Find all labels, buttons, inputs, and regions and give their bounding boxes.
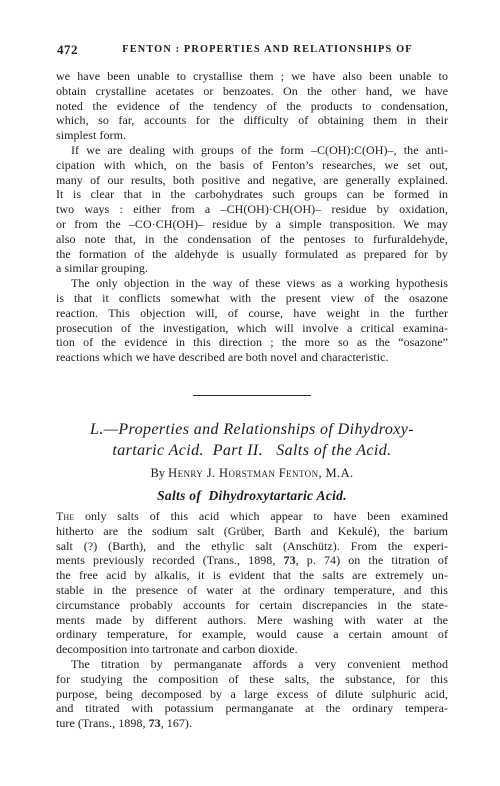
text-segment: circumstance probably accounts for certa…	[56, 598, 448, 612]
text-segment: The titration by permanganate affords a …	[71, 657, 448, 671]
paragraph: we have been unable to crystallise them …	[56, 69, 448, 143]
text-segment: many of our results, both positive and n…	[56, 173, 448, 187]
text-segment: The only objection in the way of these v…	[71, 276, 448, 290]
paragraph: If we are dealing with groups of the for…	[56, 143, 448, 276]
byline: By Henry J. Horstman Fenton, M.A.	[56, 466, 448, 481]
article-title-line-1: L.—Properties and Relationships of Dihyd…	[56, 419, 448, 440]
section-heading: Salts of Dihydroxytartaric Acid.	[56, 488, 448, 504]
text-segment: noted the evidence of the tendency of th…	[56, 99, 448, 113]
text-line: or from the –CO·CH(OH)– residue by a sim…	[56, 217, 448, 232]
text-segment: It is clear that in the carbohydrates su…	[56, 187, 448, 201]
text-line: ordinary temperature, for example, would…	[56, 627, 448, 642]
paragraph: The only salts of this acid which appear…	[56, 509, 448, 657]
text-line: and titrated with potassium permanganate…	[56, 701, 448, 716]
text-line: cipation with which, on the basis of Fen…	[56, 158, 448, 173]
text-line: noted the evidence of the tendency of th…	[56, 99, 448, 114]
text-column: we have been unable to crystallise them …	[56, 69, 448, 731]
text-segment: hitherto are the sodium salt (Grüber, Ba…	[56, 524, 448, 538]
intro-paragraphs: we have been unable to crystallise them …	[56, 69, 448, 365]
text-segment: the free acid by alkalis, it is evident …	[56, 568, 448, 582]
text-segment: The	[56, 509, 74, 523]
text-segment: tion of the evidence in this direction ;…	[56, 335, 448, 349]
byline-prefix: By	[150, 466, 168, 480]
text-line: reactions which we have described are bo…	[56, 350, 448, 365]
text-line: we have been unable to crystallise them …	[56, 69, 448, 84]
text-segment: we have been unable to crystallise them …	[56, 69, 448, 83]
page-number: 472	[57, 42, 78, 58]
text-line: salt (?) (Barth), and the ethylic salt (…	[56, 539, 448, 554]
text-segment: decomposition into tartronate and carbon…	[56, 642, 298, 656]
article-paragraphs: The only salts of this acid which appear…	[56, 509, 448, 731]
text-segment: If we are dealing with groups of the for…	[71, 143, 448, 157]
text-line: simplest form.	[56, 128, 448, 143]
text-line: It is clear that in the carbohydrates su…	[56, 187, 448, 202]
running-header: 472 FENTON : PROPERTIES AND RELATIONSHIP…	[57, 42, 448, 58]
running-title: FENTON : PROPERTIES AND RELATIONSHIPS OF	[87, 44, 448, 55]
text-line: the free acid by alkalis, it is evident …	[56, 568, 448, 583]
text-line: which, so far, accounts for the difficul…	[56, 113, 448, 128]
text-segment: simplest form.	[56, 128, 126, 142]
text-line: The only objection in the way of these v…	[56, 276, 448, 291]
text-segment: , 167).	[161, 716, 192, 730]
author-name: Henry J. Horstman Fenton, M.A.	[168, 466, 353, 480]
text-line: reaction. This objection will, of course…	[56, 306, 448, 321]
text-line: ments made by different authors. Mere wa…	[56, 613, 448, 628]
text-segment: ture (Trans., 1898,	[56, 716, 149, 730]
text-line: the formation of the aldehyde is usually…	[56, 247, 448, 262]
text-line: is that it conflicts somewhat with the p…	[56, 291, 448, 306]
document-page: 472 FENTON : PROPERTIES AND RELATIONSHIP…	[0, 0, 500, 786]
text-segment: is that it conflicts somewhat with the p…	[56, 291, 448, 305]
text-line: two ways : either from a –CH(OH)·CH(OH)–…	[56, 202, 448, 217]
text-segment: 73	[284, 553, 296, 567]
text-line: for studying the composition of these sa…	[56, 672, 448, 687]
text-segment: for studying the composition of these sa…	[56, 672, 448, 686]
text-line: ments previously recorded (Trans., 1898,…	[56, 553, 448, 568]
section-divider-rule	[193, 395, 311, 396]
paragraph: The only objection in the way of these v…	[56, 276, 448, 365]
text-segment: or from the –CO·CH(OH)– residue by a sim…	[56, 217, 448, 231]
text-line: ture (Trans., 1898, 73, 167).	[56, 716, 448, 731]
text-line: decomposition into tartronate and carbon…	[56, 642, 448, 657]
text-line: The titration by permanganate affords a …	[56, 657, 448, 672]
text-line: tion of the evidence in this direction ;…	[56, 335, 448, 350]
text-segment: cipation with which, on the basis of Fen…	[56, 158, 448, 172]
text-line: also note that, in the condensation of t…	[56, 232, 448, 247]
text-segment: only salts of this acid which appear to …	[74, 509, 448, 523]
text-segment: the formation of the aldehyde is usually…	[56, 247, 448, 261]
text-segment: also note that, in the condensation of t…	[56, 232, 448, 246]
text-segment: stable in the presence of water at the o…	[56, 583, 448, 597]
text-segment: obtain crystalline acetates or benzoates…	[56, 84, 448, 98]
text-segment: 73	[149, 716, 161, 730]
text-segment: purpose, being decomposed by a large exc…	[56, 687, 448, 701]
text-segment: reactions which we have described are bo…	[56, 350, 389, 364]
text-line: a similar grouping.	[56, 261, 448, 276]
text-line: circumstance probably accounts for certa…	[56, 598, 448, 613]
text-line: prosecution of the investigation, which …	[56, 321, 448, 336]
text-line: obtain crystalline acetates or benzoates…	[56, 84, 448, 99]
text-segment: salt (?) (Barth), and the ethylic salt (…	[56, 539, 448, 553]
text-segment: a similar grouping.	[56, 261, 148, 275]
article-title-line-2: tartaric Acid. Part II. Salts of the Aci…	[56, 440, 448, 461]
text-segment: reaction. This objection will, of course…	[56, 306, 448, 320]
text-line: many of our results, both positive and n…	[56, 173, 448, 188]
text-segment: prosecution of the investigation, which …	[56, 321, 448, 335]
text-line: The only salts of this acid which appear…	[56, 509, 448, 524]
text-segment: and titrated with potassium permanganate…	[56, 701, 448, 715]
text-line: purpose, being decomposed by a large exc…	[56, 687, 448, 702]
text-line: hitherto are the sodium salt (Grüber, Ba…	[56, 524, 448, 539]
text-segment: two ways : either from a –CH(OH)·CH(OH)–…	[56, 202, 448, 216]
text-segment: ments previously recorded (Trans., 1898,	[56, 553, 284, 567]
text-segment: which, so far, accounts for the difficul…	[56, 113, 448, 127]
text-segment: ments made by different authors. Mere wa…	[56, 613, 448, 627]
text-segment: , p. 74) on the titration of	[296, 553, 448, 567]
paragraph: The titration by permanganate affords a …	[56, 657, 448, 731]
text-segment: ordinary temperature, for example, would…	[56, 627, 448, 641]
text-line: stable in the presence of water at the o…	[56, 583, 448, 598]
text-line: If we are dealing with groups of the for…	[56, 143, 448, 158]
